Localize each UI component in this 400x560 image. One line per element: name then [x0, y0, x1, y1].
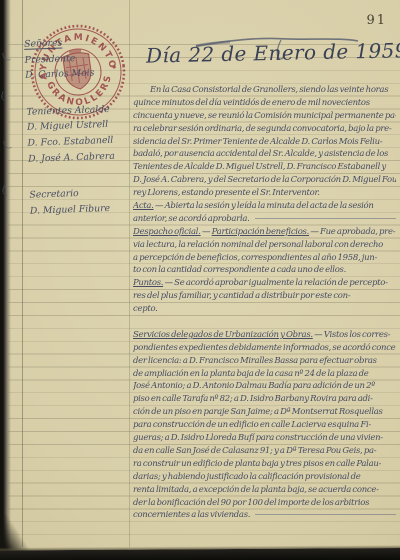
text-segment: anterior, se acordó aprobarla.: [133, 213, 250, 226]
margin-text: Tenientes Alcalde: [26, 104, 110, 118]
text-line: Despacho oficial. — Participación benefi…: [133, 226, 396, 239]
minutes-body: En la Casa Consistorial de Granollers, s…: [133, 84, 396, 522]
text-segment: para construcción de un edificio en call…: [133, 419, 371, 432]
text-segment: badaló, por ausencia accidental del Sr. …: [133, 148, 388, 161]
text-line: darias; y habiendo justificado la califi…: [133, 471, 396, 484]
text-line: to con la cantidad correspondiente a cad…: [133, 264, 396, 277]
text-line: da en calle San José de Calasanz 91; y a…: [133, 445, 396, 458]
margin-text: D. Miguel Ustrell: [27, 119, 108, 133]
margin-text: Señores: [24, 38, 63, 50]
text-segment: gueras; a D. Isidro Lloreda Bufí para co…: [133, 432, 383, 445]
text-segment: Servicios delegados de Urbanización y Ob…: [133, 329, 313, 342]
text-segment: — Vistos los corres-: [313, 329, 390, 342]
text-segment: quince minutos del día veintidós de ener…: [133, 97, 370, 110]
ruled-filler-line: [255, 514, 396, 515]
text-segment: — Se acordó aprobar igualmente la relaci…: [163, 277, 388, 290]
text-segment: cincuenta y nueve, se reunió la Comisión…: [133, 110, 396, 123]
text-line: En la Casa Consistorial de Granollers, s…: [133, 84, 396, 97]
text-segment: der la bonificación del 90 por 100 del i…: [133, 497, 369, 510]
text-line: piso en calle Tarafa nº 82; a D. Isidro …: [133, 393, 396, 406]
text-segment: via lectura, la relación nominal del per…: [133, 239, 383, 252]
text-segment: En la Casa Consistorial de Granollers, s…: [150, 84, 388, 97]
margin-line: D. Miguel Fibure: [30, 200, 132, 219]
text-line: [133, 316, 396, 329]
text-line: sidencia del Sr. Primer Teniente de Alca…: [133, 136, 396, 149]
text-segment: Acta.: [133, 200, 154, 213]
text-segment: da en calle San José de Calasanz 91; y a…: [133, 445, 376, 458]
text-segment: José Antonio; a D. Antonio Dalmau Badía …: [133, 380, 375, 393]
margin-rule-line: [22, 0, 23, 547]
text-segment: D. José A. Cabrera, y del Secretario de …: [133, 174, 396, 187]
text-line: cincuenta y nueve, se reunió la Comisión…: [133, 110, 396, 123]
text-segment: cepto.: [133, 303, 158, 316]
text-line: quince minutos del día veintidós de ener…: [133, 97, 396, 110]
text-line: der licencia: a D. Francisco Miralles Ba…: [133, 355, 396, 368]
text-line: D. José A. Cabrera, y del Secretario de …: [133, 174, 396, 187]
text-segment: ra construir un edificio de planta baja …: [133, 458, 381, 471]
text-line: anterior, se acordó aprobarla.: [133, 213, 396, 226]
text-segment: Despacho oficial.: [133, 226, 201, 239]
margin-text: D. Carlos Mois: [25, 68, 95, 81]
text-line: renta limitada, a excepción de la planta…: [133, 484, 396, 497]
text-segment: res del plus familiar, y cantidad a dist…: [133, 290, 350, 303]
text-segment: — Fue aprobada, pre-: [309, 226, 395, 239]
text-segment: — Abierta la sesión y leída la minuta de…: [154, 200, 374, 213]
text-line: concernientes a las viviendas.: [133, 509, 396, 522]
text-segment: piso en calle Tarafa nº 82; a D. Isidro …: [133, 393, 373, 406]
text-line: ra construir un edificio de planta baja …: [133, 458, 396, 471]
text-segment: Participación beneficios.: [212, 226, 309, 239]
margin-text: D. Miguel Fibure: [30, 203, 111, 217]
margin-text: Presidente: [24, 53, 75, 66]
text-segment: ra celebrar sesión ordinaria, de segunda…: [133, 123, 391, 136]
text-line: a percepción de beneficios, correspondie…: [133, 252, 396, 265]
text-segment: ción de un piso en paraje San Jaime; a D…: [133, 406, 383, 419]
text-line: Tenientes de Alcalde D. Miguel Ustrell, …: [133, 161, 396, 174]
text-line: cepto.: [133, 303, 396, 316]
page-bottom-edge: [0, 548, 400, 560]
text-segment: renta limitada, a excepción de la planta…: [133, 484, 379, 497]
attendees-margin: SeñoresPresidenteD. Carlos MoisTenientes…: [24, 33, 132, 219]
margin-text: D. José A. Cabrera: [28, 150, 115, 164]
text-line: res del plus familiar, y cantidad a dist…: [133, 290, 396, 303]
text-line: gueras; a D. Isidro Lloreda Bufí para co…: [133, 432, 396, 445]
text-segment: sidencia del Sr. Primer Teniente de Alca…: [133, 136, 382, 149]
text-line: rey Llorens, estando presente el Sr. Int…: [133, 187, 396, 200]
text-line: José Antonio; a D. Antonio Dalmau Badía …: [133, 380, 396, 393]
text-segment: rey Llorens, estando presente el Sr. Int…: [133, 187, 320, 200]
text-segment: pondientes expedientes debidamente infor…: [133, 342, 396, 355]
text-segment: a percepción de beneficios, correspondie…: [133, 252, 377, 265]
text-line: ción de un piso en paraje San Jaime; a D…: [133, 406, 396, 419]
text-line: Servicios delegados de Urbanización y Ob…: [133, 329, 396, 342]
text-line: pondientes expedientes debidamente infor…: [133, 342, 396, 355]
margin-text: D. Fco. Estabanell: [27, 135, 113, 149]
text-segment: darias; y habiendo justificado la califi…: [133, 471, 361, 484]
text-line: via lectura, la relación nominal del per…: [133, 239, 396, 252]
text-segment: Tenientes de Alcalde D. Miguel Ustrell, …: [133, 161, 386, 174]
margin-text: Secretario: [29, 188, 79, 201]
text-line: badaló, por ausencia accidental del Sr. …: [133, 148, 396, 161]
text-line: der la bonificación del 90 por 100 del i…: [133, 497, 396, 510]
text-line: de ampliación en la planta baja de la ca…: [133, 368, 396, 381]
date-title: Día 22 de Enero de 1959: [146, 38, 398, 67]
text-line: Acta. — Abierta la sesión y leída la min…: [133, 200, 396, 213]
text-segment: —: [201, 226, 212, 239]
text-segment: der licencia: a D. Francisco Miralles Ba…: [133, 355, 377, 368]
binding-edge: [0, 0, 12, 560]
page-number: 91: [366, 13, 387, 28]
text-segment: Puntos.: [133, 277, 163, 290]
ruled-filler-line: [255, 218, 396, 219]
text-segment: de ampliación en la planta baja de la ca…: [133, 368, 369, 381]
text-segment: concernientes a las viviendas.: [133, 509, 250, 522]
text-line: ra celebrar sesión ordinaria, de segunda…: [133, 123, 396, 136]
text-line: para construcción de un edificio en call…: [133, 419, 396, 432]
text-segment: to con la cantidad correspondiente a cad…: [133, 264, 346, 277]
ledger-page: 91 AYUNTAMIENTO GRANOLLERS SeñoresPresid…: [0, 0, 400, 560]
text-line: Puntos. — Se acordó aprobar igualmente l…: [133, 277, 396, 290]
